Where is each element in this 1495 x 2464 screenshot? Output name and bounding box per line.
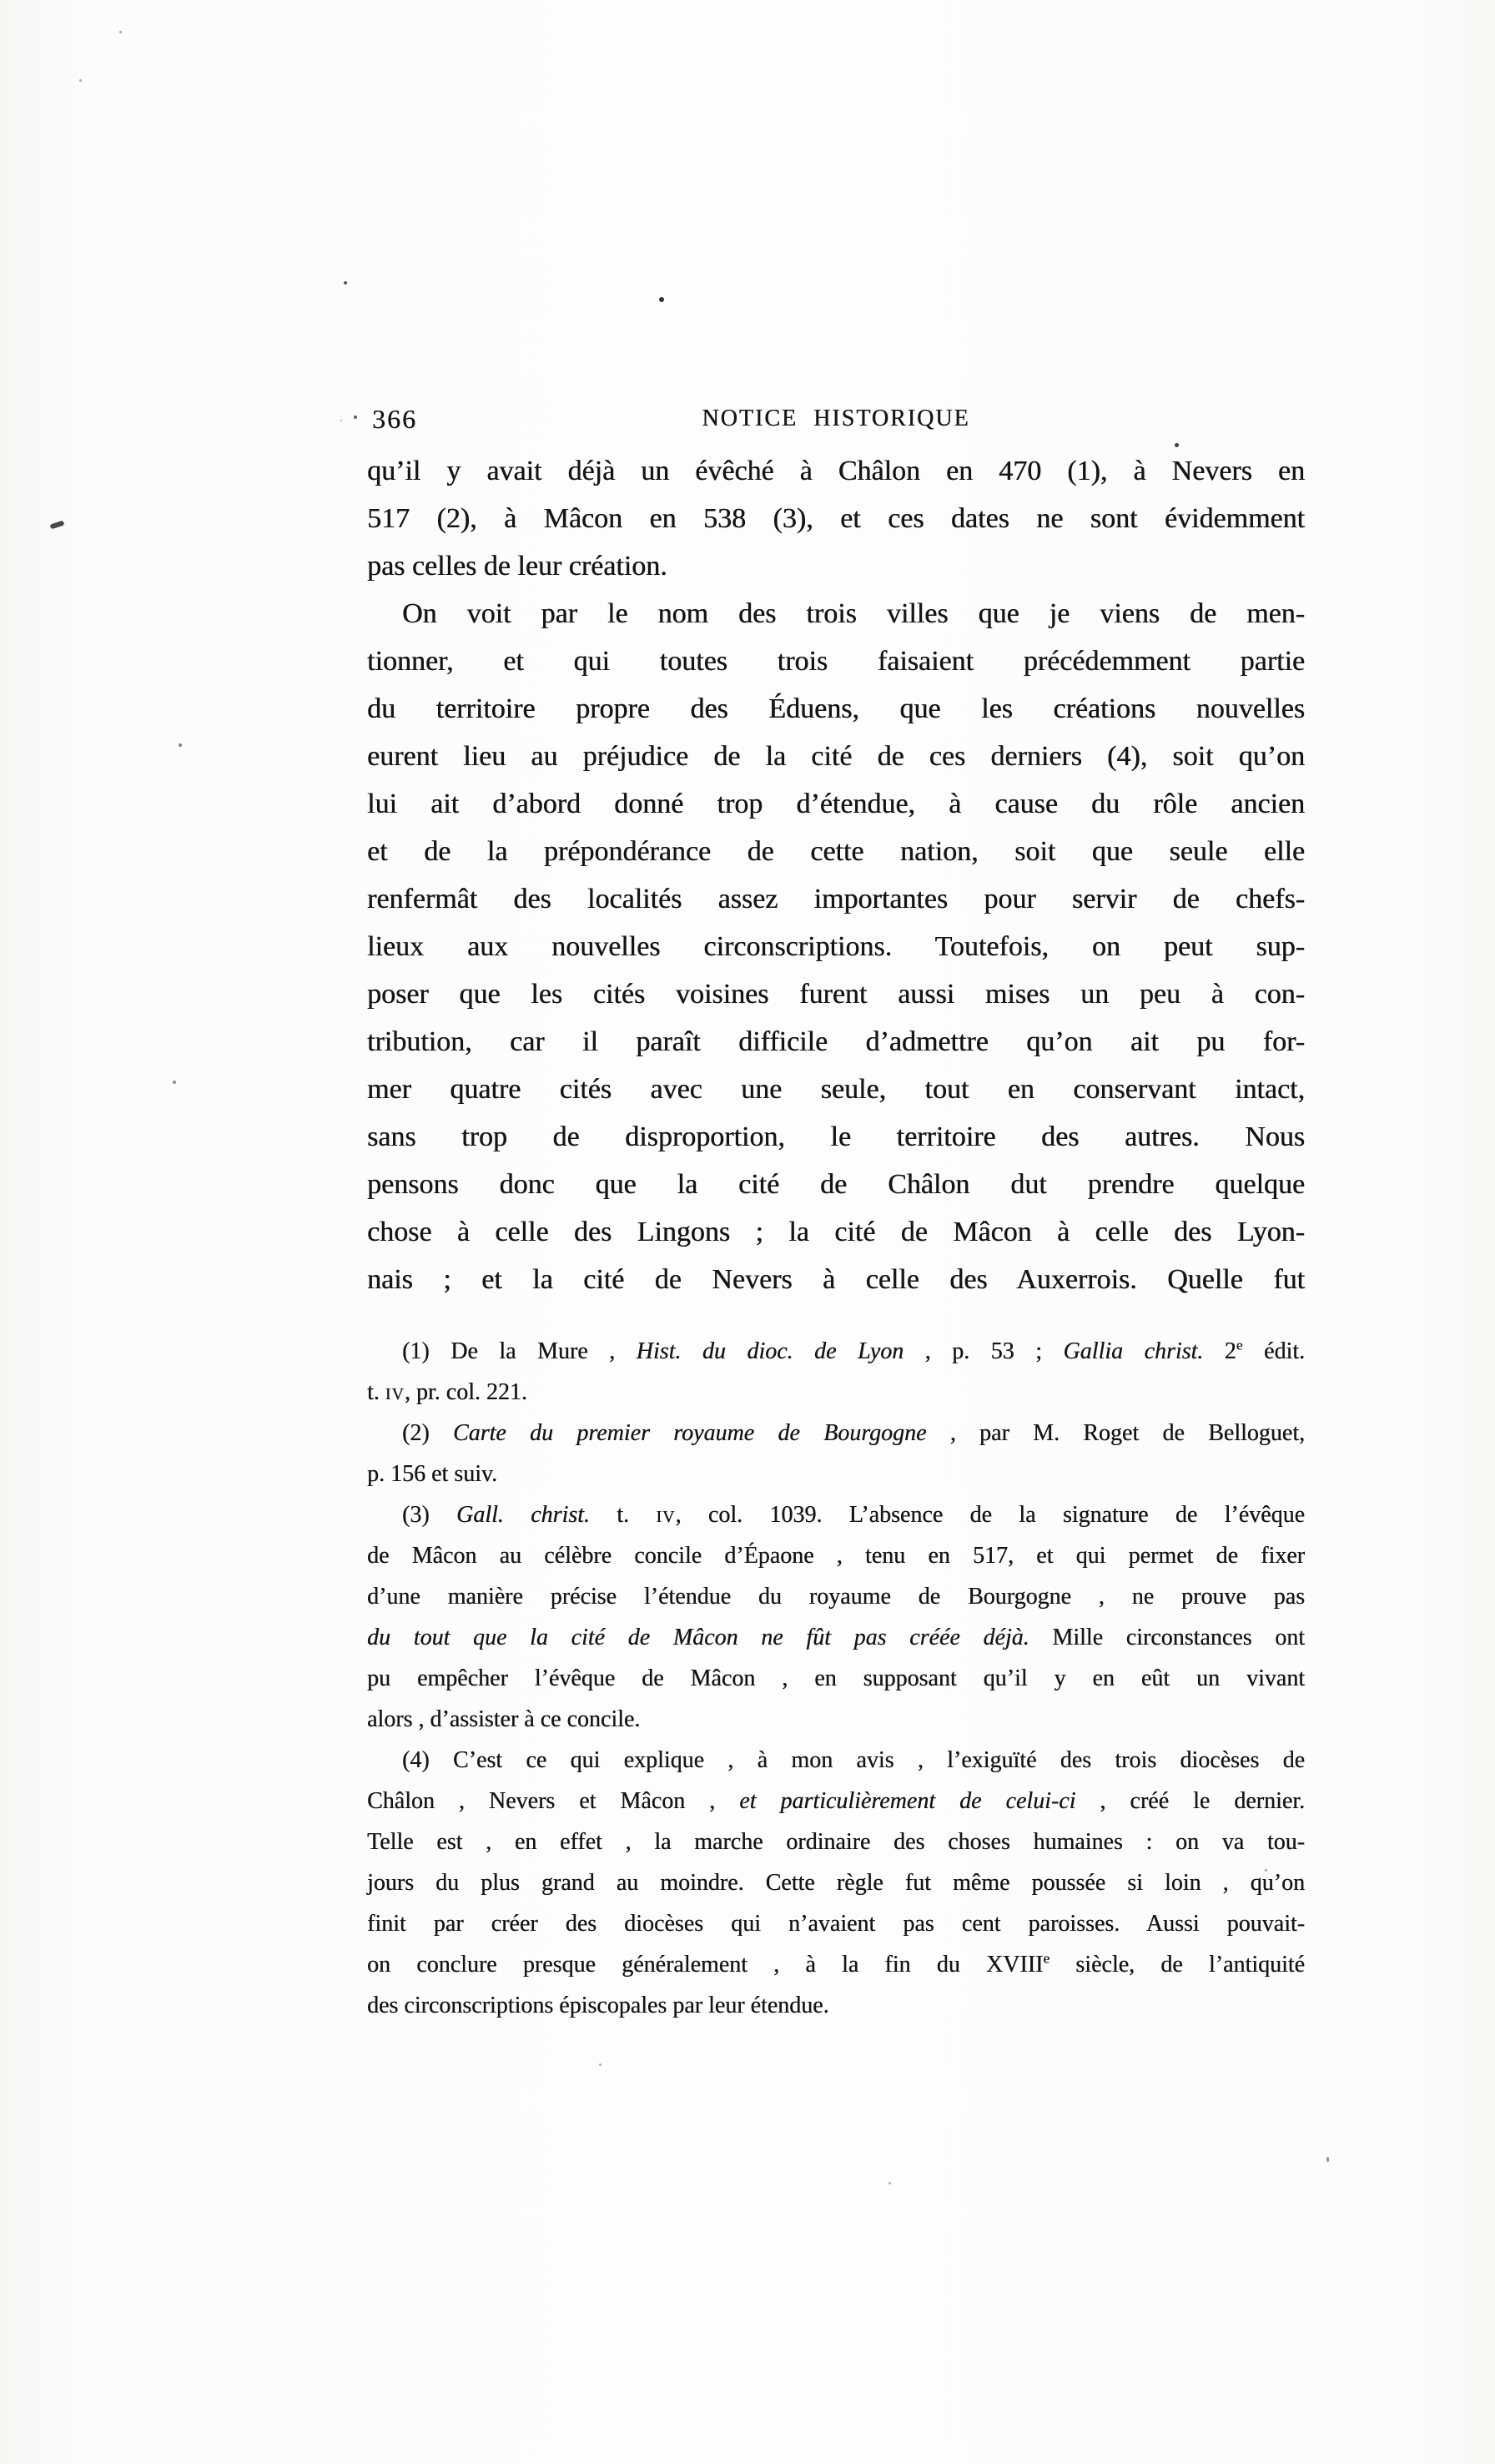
- text-block: 366 NOTICE HISTORIQUE qu’il y avait déjà…: [367, 399, 1305, 2026]
- text-segment: tribution, car il paraît difficile d’adm…: [367, 1026, 1305, 1057]
- scan-speck: [354, 416, 357, 419]
- text-segment: on conclure presque généralement , à la …: [367, 1952, 1043, 1978]
- text-segment: (2): [402, 1420, 453, 1446]
- text-segment: jours du plus grand au moindre. Cette rè…: [367, 1870, 1305, 1896]
- text-line: tribution, car il paraît difficile d’adm…: [367, 1018, 1305, 1066]
- text-line: jours du plus grand au moindre. Cette rè…: [367, 1862, 1305, 1903]
- text-line: du territoire propre des Éduens, que les…: [367, 685, 1305, 733]
- text-segment: finit par créer des diocèses qui n’avaie…: [367, 1911, 1305, 1937]
- text-line: d’une manière précise l’étendue du royau…: [367, 1576, 1305, 1617]
- text-line: Telle est , en effet , la marche ordinai…: [367, 1822, 1305, 1862]
- text-line: lieux aux nouvelles circonscriptions. To…: [367, 923, 1305, 970]
- text-line: 517 (2), à Mâcon en 538 (3), et ces date…: [367, 495, 1305, 542]
- text-segment: des circonscriptions épiscopales par leu…: [367, 1993, 829, 2018]
- text-segment: du territoire propre des Éduens, que les…: [367, 693, 1305, 724]
- text-segment: mer quatre cités avec une seule, tout en…: [367, 1074, 1305, 1105]
- text-segment: Gallia christ.: [1063, 1338, 1203, 1364]
- text-segment: de Mâcon au célèbre concile d’Épaone , t…: [367, 1543, 1305, 1569]
- scan-speck: [659, 297, 664, 302]
- text-segment: 2: [1203, 1338, 1236, 1364]
- text-segment: Telle est , en effet , la marche ordinai…: [367, 1829, 1305, 1855]
- text-line: (1) De la Mure , Hist. du dioc. de Lyon …: [367, 1331, 1305, 1372]
- text-segment: qu’il y avait déjà un évêché à Châlon en…: [367, 456, 1305, 486]
- text-segment: siècle, de l’antiquité: [1050, 1952, 1305, 1978]
- text-segment: , par M. Roget de Belloguet,: [926, 1420, 1305, 1446]
- text-line: (2) Carte du premier royaume de Bourgogn…: [367, 1413, 1305, 1454]
- page-header: 366 NOTICE HISTORIQUE: [367, 399, 1305, 447]
- text-line: (3) Gall. christ. t. iv, col. 1039. L’ab…: [367, 1494, 1305, 1535]
- text-segment: Hist. du dioc. de Lyon: [637, 1338, 904, 1364]
- text-segment: et de la prépondérance de cette nation, …: [367, 836, 1305, 867]
- text-segment: Carte du premier royaume de Bourgogne: [453, 1420, 927, 1446]
- footnote: (2) Carte du premier royaume de Bourgogn…: [367, 1413, 1305, 1494]
- scan-speck: [79, 79, 82, 82]
- text-segment: (3): [402, 1502, 456, 1528]
- text-segment: t.: [590, 1502, 656, 1528]
- text-line: mer quatre cités avec une seule, tout en…: [367, 1066, 1305, 1113]
- text-segment: , pr. col. 221.: [405, 1379, 527, 1405]
- text-line: poser que les cités voisines furent auss…: [367, 970, 1305, 1018]
- scan-speck: [49, 521, 64, 530]
- text-segment: alors , d’assister à ce concile.: [367, 1706, 640, 1732]
- text-segment: On voit par le nom des trois villes que …: [402, 598, 1305, 629]
- text-line: qu’il y avait déjà un évêché à Châlon en…: [367, 447, 1305, 495]
- footnotes: (1) De la Mure , Hist. du dioc. de Lyon …: [367, 1331, 1305, 2026]
- text-line: eurent lieu au préjudice de la cité de c…: [367, 733, 1305, 780]
- text-line: lui ait d’abord donné trop d’étendue, à …: [367, 780, 1305, 828]
- scan-speck: [1326, 2157, 1329, 2162]
- text-segment: , col. 1039. L’absence de la signature d…: [675, 1502, 1305, 1528]
- text-segment: e: [1043, 1951, 1050, 1967]
- text-line: renfermât des localités assez importante…: [367, 875, 1305, 923]
- text-segment: 517 (2), à Mâcon en 538 (3), et ces date…: [367, 503, 1305, 534]
- text-segment: iv: [656, 1502, 675, 1528]
- text-segment: , p. 53 ;: [904, 1338, 1063, 1364]
- text-segment: sans trop de disproportion, le territoir…: [367, 1121, 1305, 1152]
- text-line: finit par créer des diocèses qui n’avaie…: [367, 1903, 1305, 1944]
- main-text: qu’il y avait déjà un évêché à Châlon en…: [367, 447, 1305, 1303]
- text-segment: d’une manière précise l’étendue du royau…: [367, 1584, 1305, 1610]
- text-segment: et particulièrement de celui-ci: [739, 1788, 1075, 1814]
- text-segment: (1) De la Mure ,: [402, 1338, 637, 1364]
- text-segment: (4) C’est ce qui explique , à mon avis ,…: [402, 1747, 1305, 1773]
- footnote: (4) C’est ce qui explique , à mon avis ,…: [367, 1740, 1305, 2026]
- text-line: tionner, et qui toutes trois faisaient p…: [367, 637, 1305, 685]
- book-page: 366 NOTICE HISTORIQUE qu’il y avait déjà…: [0, 0, 1495, 2464]
- scan-speck: [344, 281, 347, 285]
- text-line: t. iv, pr. col. 221.: [367, 1372, 1305, 1413]
- scan-speck: [888, 2182, 891, 2184]
- scan-speck: [179, 743, 182, 747]
- text-line: alors , d’assister à ce concile.: [367, 1699, 1305, 1740]
- text-segment: pas celles de leur création.: [367, 551, 667, 582]
- paragraph: qu’il y avait déjà un évêché à Châlon en…: [367, 447, 1305, 590]
- text-segment: Châlon , Nevers et Mâcon ,: [367, 1788, 739, 1814]
- footnote: (1) De la Mure , Hist. du dioc. de Lyon …: [367, 1331, 1305, 1413]
- text-line: du tout que la cité de Mâcon ne fût pas …: [367, 1617, 1305, 1658]
- text-segment: lui ait d’abord donné trop d’étendue, à …: [367, 789, 1305, 819]
- text-line: pu empêcher l’évêque de Mâcon , en suppo…: [367, 1658, 1305, 1699]
- text-segment: chose à celle des Lingons ; la cité de M…: [367, 1217, 1305, 1247]
- text-segment: Gall. christ.: [456, 1502, 590, 1528]
- text-segment: tionner, et qui toutes trois faisaient p…: [367, 646, 1305, 677]
- text-segment: Mille circonstances ont: [1029, 1625, 1305, 1650]
- footnote: (3) Gall. christ. t. iv, col. 1039. L’ab…: [367, 1494, 1305, 1740]
- text-segment: p. 156 et suiv.: [367, 1461, 497, 1487]
- scan-speck: [119, 31, 122, 33]
- text-segment: du tout que la cité de Mâcon ne fût pas …: [367, 1625, 1029, 1650]
- text-line: pas celles de leur création.: [367, 542, 1305, 590]
- text-line: et de la prépondérance de cette nation, …: [367, 828, 1305, 875]
- text-line: chose à celle des Lingons ; la cité de M…: [367, 1208, 1305, 1256]
- text-segment: e: [1236, 1338, 1243, 1353]
- text-segment: iv: [385, 1379, 405, 1405]
- text-line: (4) C’est ce qui explique , à mon avis ,…: [367, 1740, 1305, 1781]
- text-line: p. 156 et suiv.: [367, 1454, 1305, 1494]
- scan-speck: [173, 1081, 176, 1084]
- text-segment: , créé le dernier.: [1075, 1788, 1305, 1814]
- text-line: Châlon , Nevers et Mâcon , et particuliè…: [367, 1781, 1305, 1822]
- text-line: sans trop de disproportion, le territoir…: [367, 1113, 1305, 1161]
- text-segment: eurent lieu au préjudice de la cité de c…: [367, 741, 1305, 772]
- text-line: nais ; et la cité de Nevers à celle des …: [367, 1256, 1305, 1303]
- text-segment: poser que les cités voisines furent auss…: [367, 979, 1305, 1010]
- text-segment: pu empêcher l’évêque de Mâcon , en suppo…: [367, 1665, 1305, 1691]
- text-line: On voit par le nom des trois villes que …: [367, 590, 1305, 637]
- text-line: pensons donc que la cité de Châlon dut p…: [367, 1161, 1305, 1208]
- text-line: des circonscriptions épiscopales par leu…: [367, 1985, 1305, 2026]
- text-segment: pensons donc que la cité de Châlon dut p…: [367, 1169, 1305, 1200]
- running-header: NOTICE HISTORIQUE: [702, 406, 969, 432]
- text-segment: nais ; et la cité de Nevers à celle des …: [367, 1264, 1305, 1295]
- paragraph: On voit par le nom des trois villes que …: [367, 590, 1305, 1303]
- scan-speck: [340, 420, 342, 421]
- text-line: de Mâcon au célèbre concile d’Épaone , t…: [367, 1535, 1305, 1576]
- page-number: 366: [372, 404, 417, 435]
- text-segment: édit.: [1243, 1338, 1306, 1364]
- text-line: on conclure presque généralement , à la …: [367, 1944, 1305, 1985]
- text-segment: t.: [367, 1379, 385, 1405]
- scan-speck: [599, 2063, 602, 2066]
- text-segment: lieux aux nouvelles circonscriptions. To…: [367, 931, 1305, 962]
- text-segment: renfermât des localités assez importante…: [367, 884, 1305, 915]
